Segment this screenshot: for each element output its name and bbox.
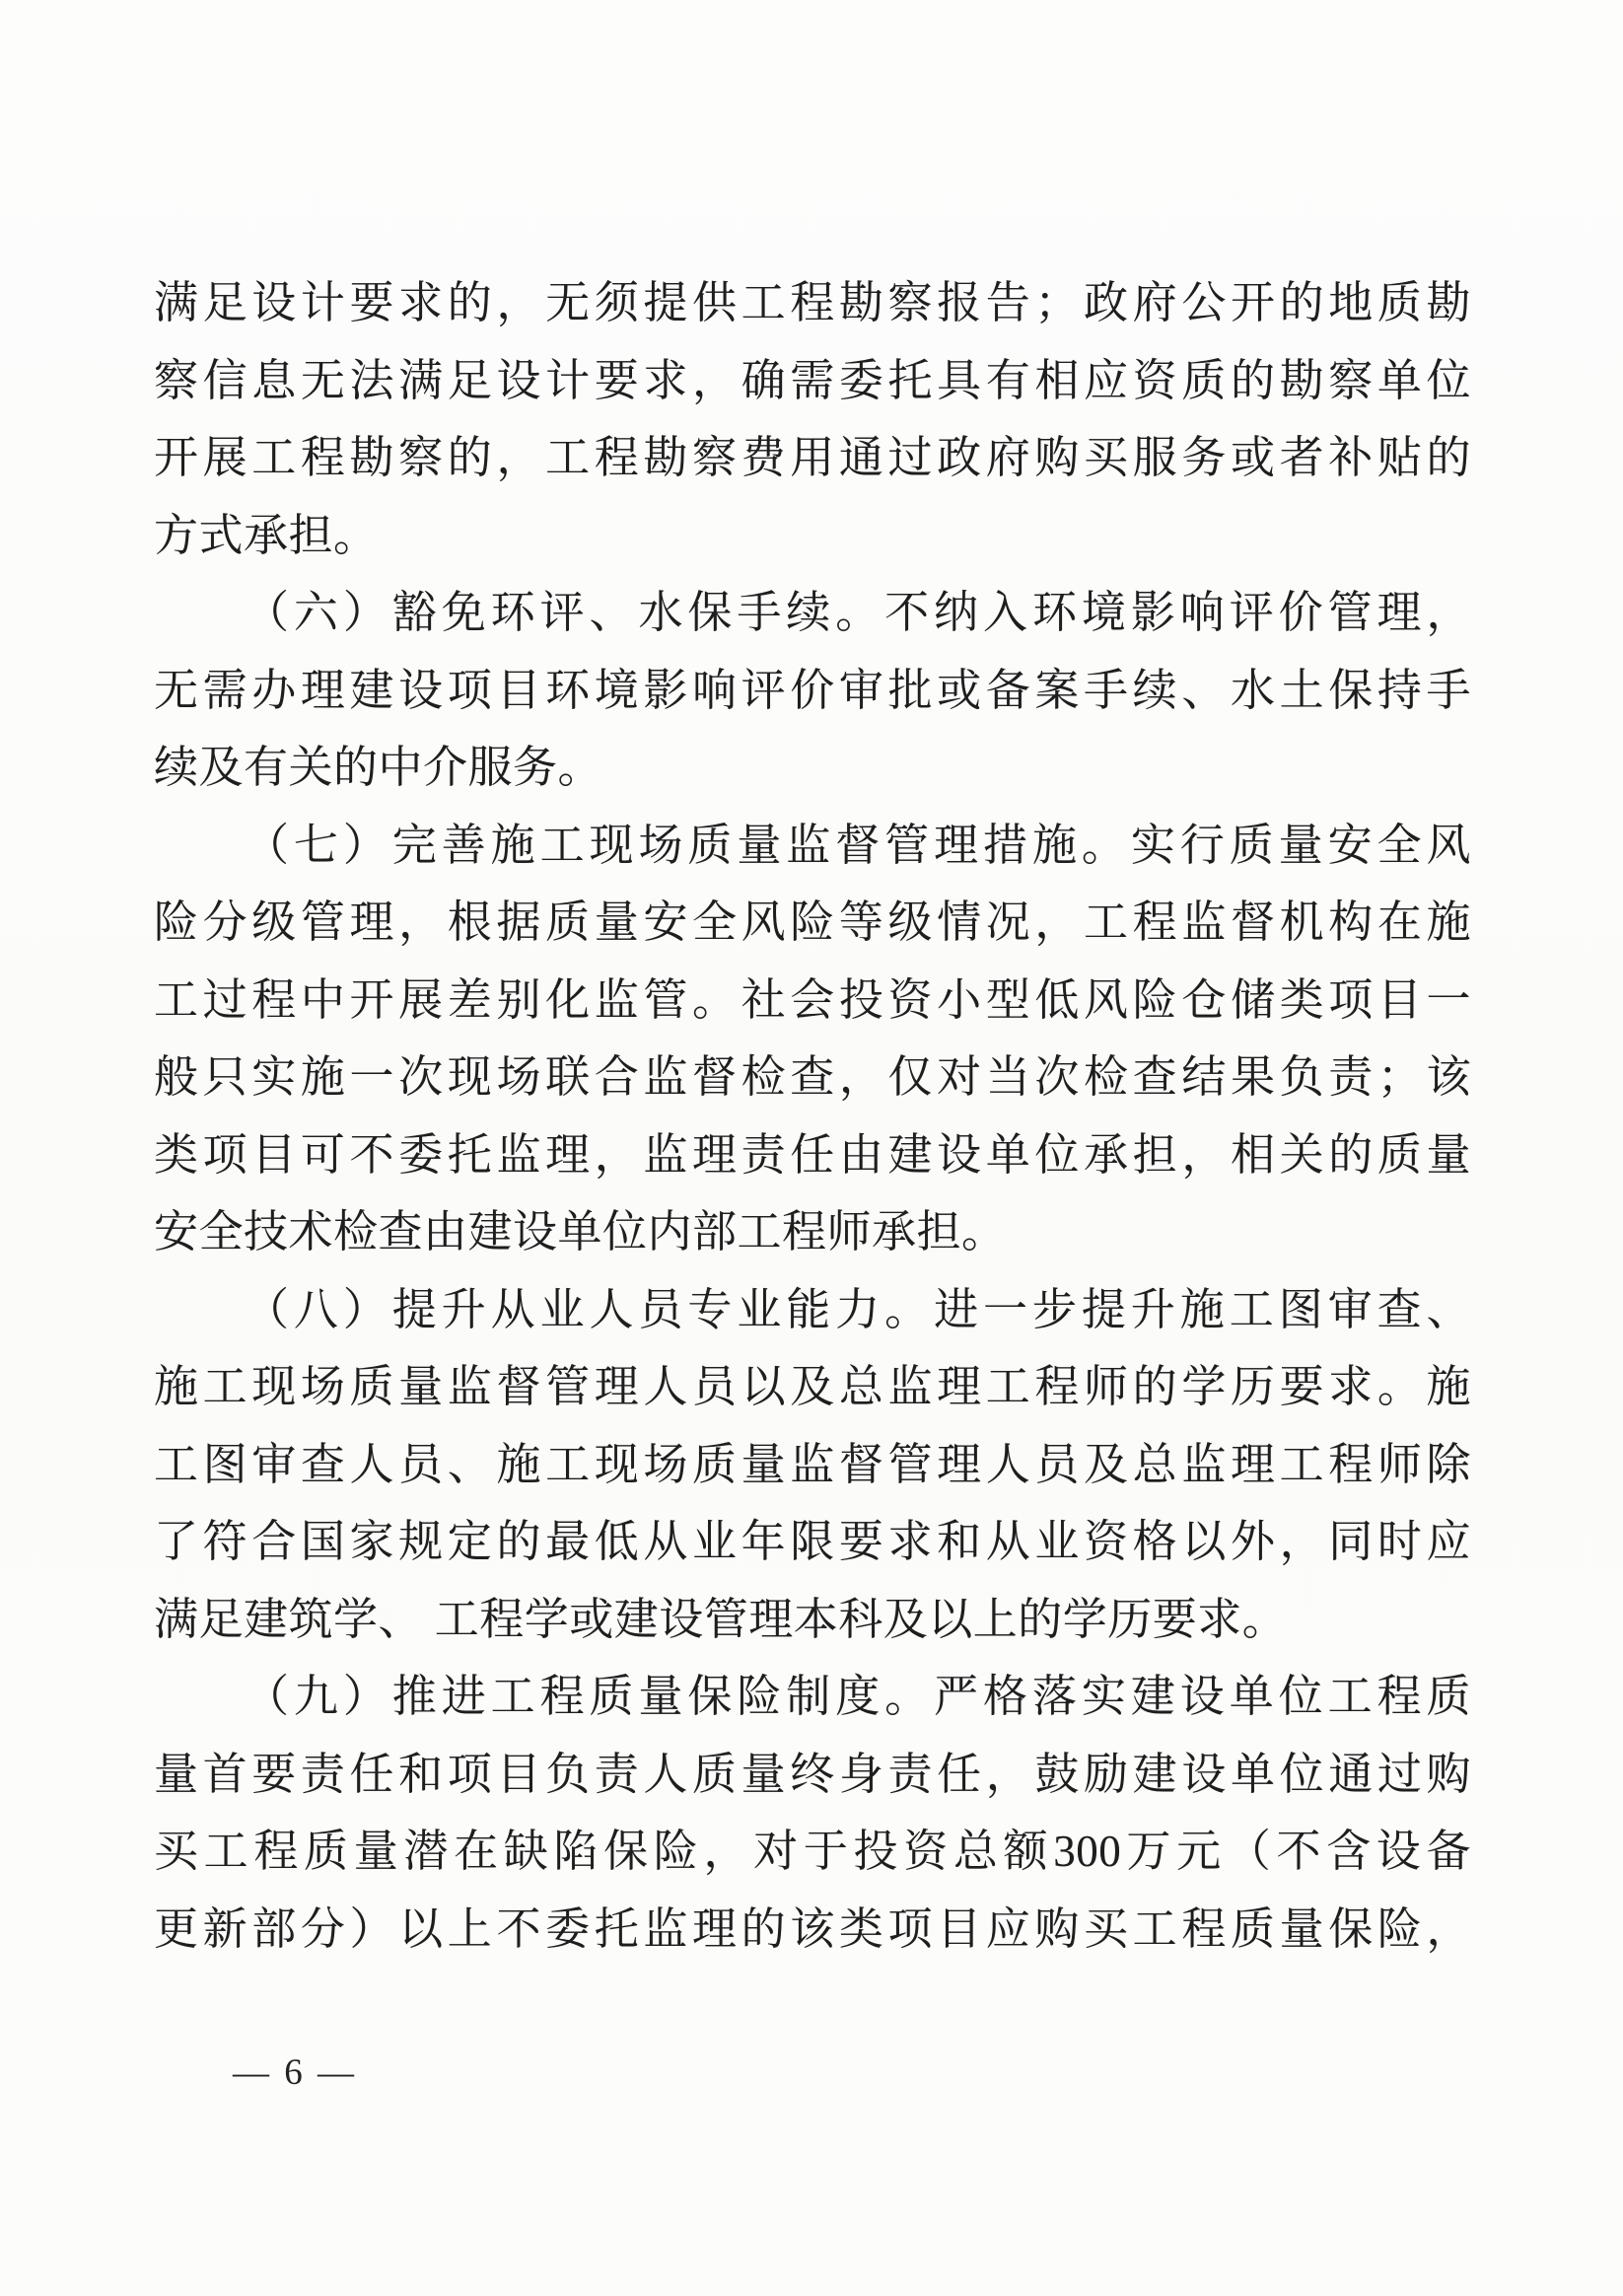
text-line: 续及有关的中介服务。: [154, 729, 1471, 807]
text-line: 开展工程勘察的，工程勘察费用通过政府购买服务或者补贴的: [154, 419, 1471, 497]
text-line: 察信息无法满足设计要求，确需委托具有相应资质的勘察单位: [154, 342, 1471, 420]
text-line: 更新部分）以上不委托监理的该类项目应购买工程质量保险，: [154, 1891, 1471, 1969]
text-line: 量首要责任和项目负责人质量终身责任，鼓励建设单位通过购: [154, 1736, 1471, 1814]
page-number: — 6 —: [233, 2052, 357, 2093]
text-line: 施工现场质量监督管理人员以及总监理工程师的学历要求。施: [154, 1348, 1471, 1426]
document-text: 满足设计要求的，无须提供工程勘察报告；政府公开的地质勘 察信息无法满足设计要求，…: [154, 264, 1471, 1968]
text-line: 险分级管理，根据质量安全风险等级情况，工程监督机构在施: [154, 884, 1471, 962]
text-line: 方式承担。: [154, 497, 1471, 575]
text-line: 般只实施一次现场联合监督检查，仅对当次检查结果负责；该: [154, 1039, 1471, 1116]
text-line: 满足建筑学、 工程学或建设管理本科及以上的学历要求。: [154, 1581, 1471, 1659]
text-line: 工过程中开展差别化监管。社会投资小型低风险仓储类项目一: [154, 962, 1471, 1040]
text-line: （六）豁免环评、水保手续。不纳入环境影响评价管理，: [154, 574, 1471, 652]
text-line: （七）完善施工现场质量监督管理措施。实行质量安全风: [154, 807, 1471, 885]
text-line: （八）提升从业人员专业能力。进一步提升施工图审查、: [154, 1271, 1471, 1349]
text-line: 无需办理建设项目环境影响评价审批或备案手续、水土保持手: [154, 652, 1471, 730]
text-line: 类项目可不委托监理，监理责任由建设单位承担，相关的质量: [154, 1116, 1471, 1194]
document-page: 满足设计要求的，无须提供工程勘察报告；政府公开的地质勘 察信息无法满足设计要求，…: [0, 0, 1623, 2296]
text-line: 了符合国家规定的最低从业年限要求和从业资格以外，同时应: [154, 1503, 1471, 1581]
text-line: 工图审查人员、施工现场质量监督管理人员及总监理工程师除: [154, 1426, 1471, 1504]
text-line: 满足设计要求的，无须提供工程勘察报告；政府公开的地质勘: [154, 264, 1471, 342]
text-line: 买工程质量潜在缺陷保险，对于投资总额300万元（不含设备: [154, 1813, 1471, 1891]
text-line: 安全技术检查由建设单位内部工程师承担。: [154, 1193, 1471, 1271]
text-line: （九）推进工程质量保险制度。严格落实建设单位工程质: [154, 1658, 1471, 1736]
page-footer: — 6 —: [233, 2049, 357, 2097]
